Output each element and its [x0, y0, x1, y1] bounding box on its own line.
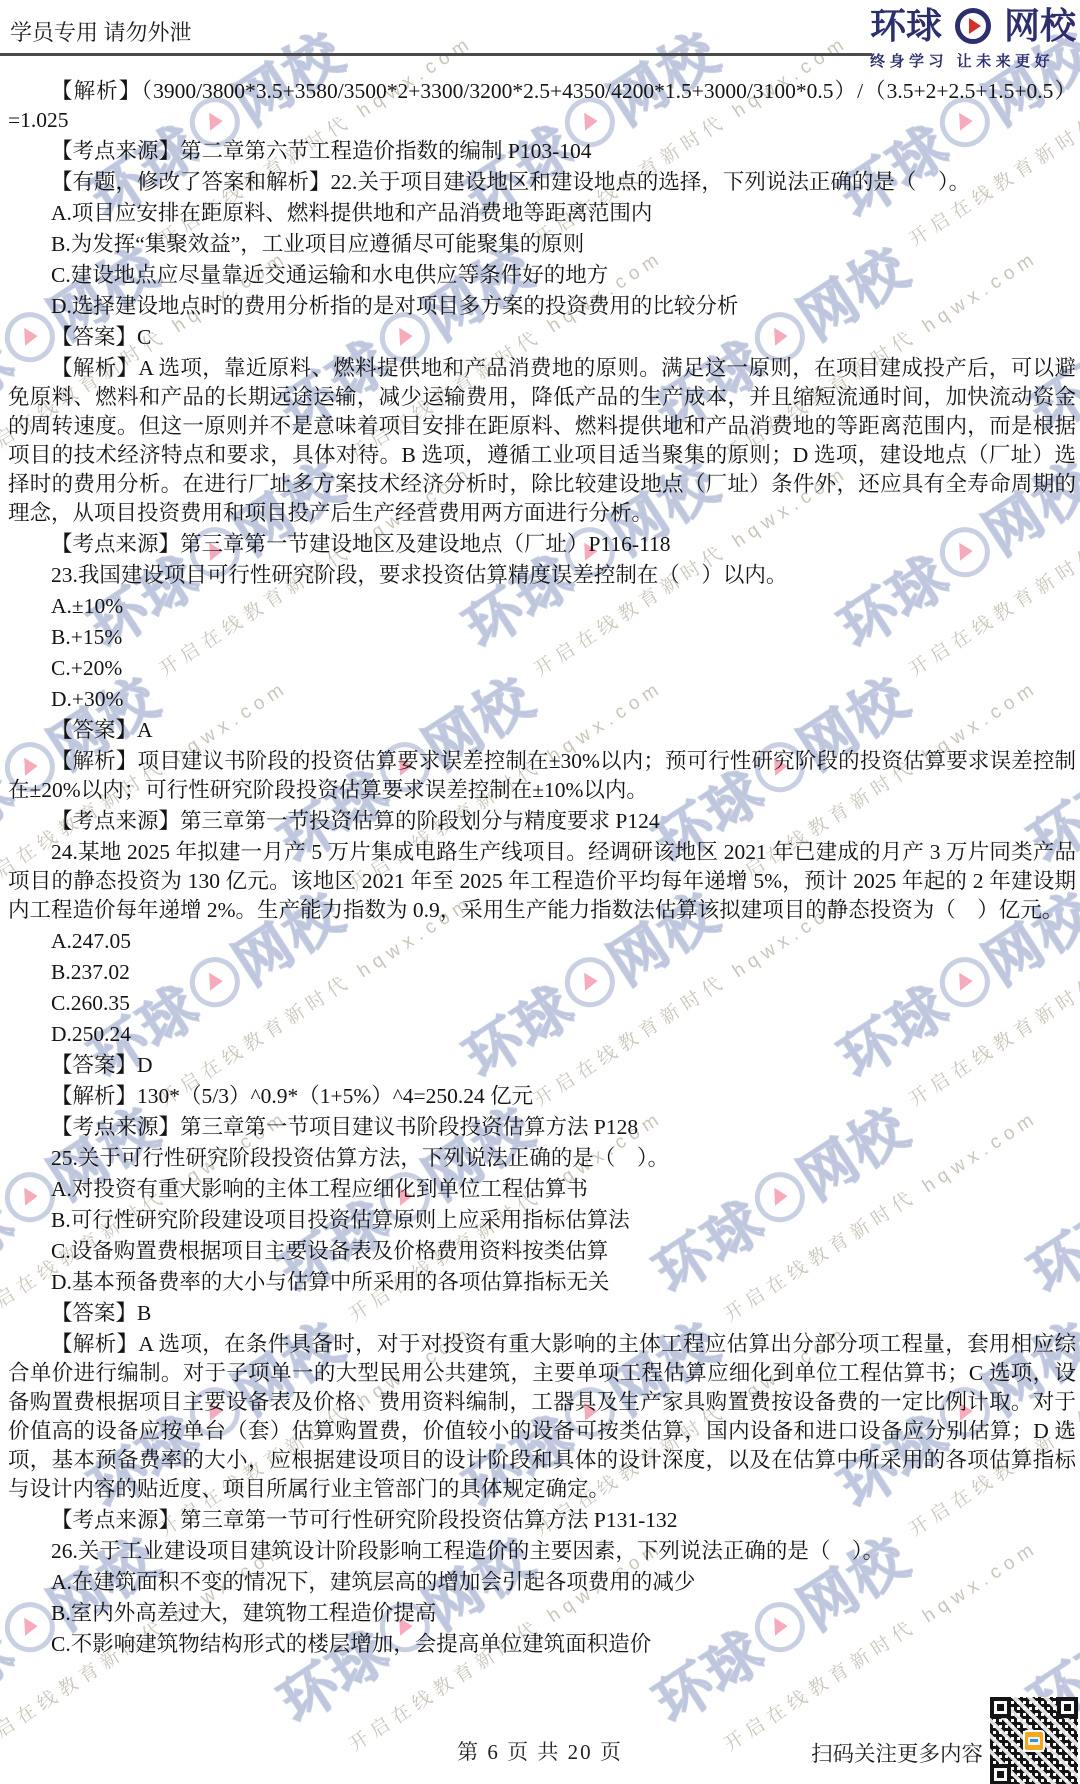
text-line: 23.我国建设项目可行性研究阶段，要求投资估算精度误差控制在（ ）以内。: [8, 561, 1076, 590]
play-circle-icon: [955, 8, 991, 44]
text-line: B.可行性研究阶段建设项目投资估算原则上应采用指标估算法: [8, 1206, 1076, 1235]
text-line: 【答案】B: [8, 1299, 1076, 1328]
brand-logo-wordmark: 环球 网校: [870, 6, 1076, 46]
text-line: 【解析】A 选项，在条件具备时，对于对投资有重大影响的主体工程应估算出分部分项工…: [8, 1330, 1076, 1504]
text-line: B.+15%: [8, 623, 1076, 652]
text-line: D.基本预备费率的大小与估算中所采用的各项估算指标无关: [8, 1268, 1076, 1297]
text-line: 【解析】130*（5/3）^0.9*（1+5%）^4=250.24 亿元: [8, 1082, 1076, 1111]
text-line: 【解析】项目建议书阶段的投资估算要求误差控制在±30%以内；预可行性研究阶段的投…: [8, 747, 1076, 805]
text-line: A.对投资有重大影响的主体工程应细化到单位工程估算书: [8, 1175, 1076, 1204]
brand-logo-text-right: 网校: [1004, 6, 1076, 46]
text-line: B.室内外高差过大，建筑物工程造价提高: [8, 1599, 1076, 1628]
text-line: 【考点来源】第三章第一节投资估算的阶段划分与精度要求 P124: [8, 807, 1076, 836]
text-line: A.±10%: [8, 592, 1076, 621]
text-line: C.260.35: [8, 989, 1076, 1018]
text-line: 【考点来源】第三章第一节建设地区及建设地点（厂址）P116-118: [8, 530, 1076, 559]
text-line: C.建设地点应尽量靠近交通运输和水电供应等条件好的地方: [8, 261, 1076, 290]
qr-center-glyph: [1028, 1737, 1040, 1745]
qr-caption: 扫码关注更多内容: [811, 1737, 983, 1768]
brand-tagline: 终身学习 让未来更好: [870, 50, 1076, 71]
confidential-notice: 学员专用 请勿外泄: [10, 16, 192, 47]
text-line: 26.关于工业建设项目建筑设计阶段影响工程造价的主要因素，下列说法正确的是（ ）…: [8, 1537, 1076, 1566]
text-line: D.+30%: [8, 685, 1076, 714]
qr-code: [990, 1697, 1078, 1784]
text-line: 【考点来源】第二章第六节工程造价指数的编制 P103-104: [8, 137, 1076, 166]
text-line: 【答案】C: [8, 323, 1076, 352]
play-triangle-icon: [969, 18, 981, 34]
text-line: 【解析】（3900/3800*3.5+3580/3500*2+3300/3200…: [8, 77, 1076, 135]
text-line: C.设备购置费根据项目主要设备表及价格费用资料按类估算: [8, 1237, 1076, 1266]
text-line: D.选择建设地点时的费用分析指的是对项目多方案的投资费用的比较分析: [8, 292, 1076, 321]
brand-logo-text-left: 环球: [870, 6, 942, 46]
brand-logo: 环球 网校 终身学习 让未来更好: [870, 6, 1076, 71]
text-line: 【答案】A: [8, 716, 1076, 745]
text-line: 24.某地 2025 年拟建一月产 5 万片集成电路生产线项目。经调研该地区 2…: [8, 838, 1076, 925]
content-blocks: 【解析】（3900/3800*3.5+3580/3500*2+3300/3200…: [8, 77, 1076, 1661]
text-line: C.不影响建筑物结构形式的楼层增加，会提高单位建筑面积造价: [8, 1630, 1076, 1659]
header-divider: [0, 53, 872, 56]
qr-finder-top-right: [1057, 1697, 1078, 1718]
qr-finder-top-left: [990, 1697, 1011, 1718]
qr-center-logo-icon: [1023, 1730, 1045, 1752]
text-line: B.237.02: [8, 958, 1076, 987]
text-line: 【有题，修改了答案和解析】22.关于项目建设地区和建设地点的选择，下列说法正确的…: [8, 168, 1076, 197]
text-line: D.250.24: [8, 1020, 1076, 1049]
text-line: A.项目应安排在距原料、燃料提供地和产品消费地等距离范围内: [8, 199, 1076, 228]
text-line: 【解析】A 选项，靠近原料、燃料提供地和产品消费地的原则。满足这一原则，在项目建…: [8, 354, 1076, 528]
text-line: A.247.05: [8, 927, 1076, 956]
text-line: B.为发挥“集聚效益”，工业项目应遵循尽可能聚集的原则: [8, 230, 1076, 259]
qr-finder-bottom-left: [990, 1764, 1011, 1784]
text-line: 【考点来源】第三章第一节项目建议书阶段投资估算方法 P128: [8, 1113, 1076, 1142]
text-line: 【考点来源】第三章第一节可行性研究阶段投资估算方法 P131-132: [8, 1506, 1076, 1535]
text-line: C.+20%: [8, 654, 1076, 683]
text-line: 25.关于可行性研究阶段投资估算方法，下列说法正确的是（ ）。: [8, 1144, 1076, 1173]
text-line: 【答案】D: [8, 1051, 1076, 1080]
text-line: A.在建筑面积不变的情况下，建筑层高的增加会引起各项费用的减少: [8, 1568, 1076, 1597]
